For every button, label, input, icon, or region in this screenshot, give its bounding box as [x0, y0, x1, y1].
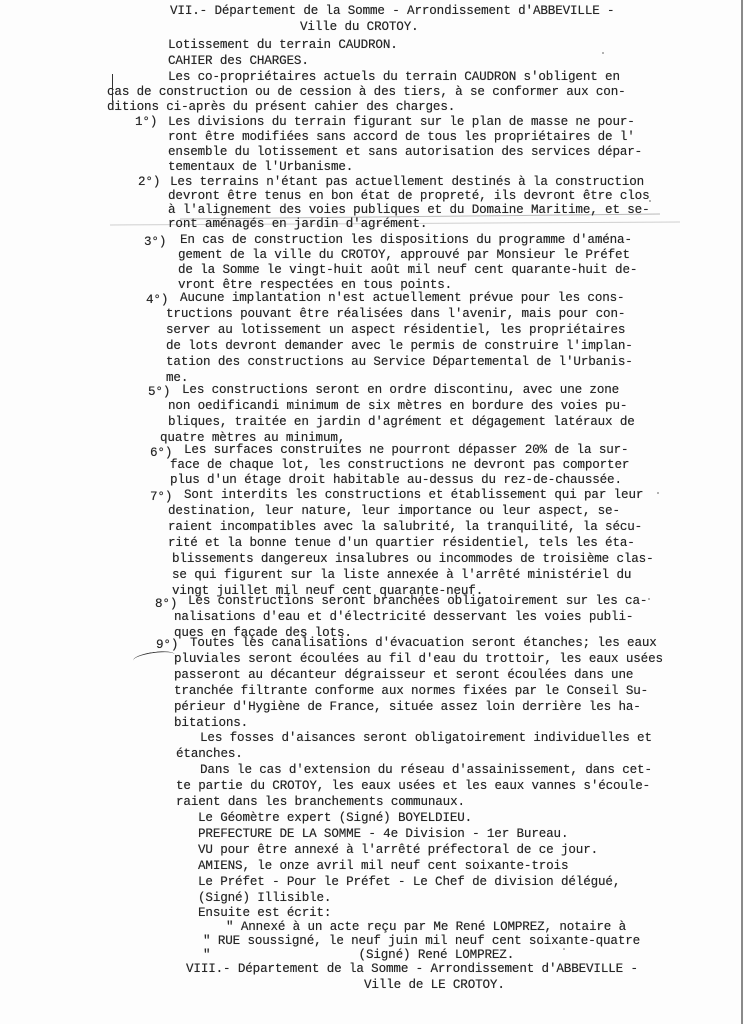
article-line: Les constructions seront en ordre discon… — [182, 383, 619, 397]
article-line: gement de la ville du CROTOY, approuvé p… — [178, 248, 630, 262]
signature-line: PREFECTURE DE LA SOMME - 4e Division - 1… — [198, 827, 568, 841]
article-line: ront aménagés en jardin d'agrément. — [168, 217, 427, 231]
signature-line: AMIENS, le onze avril mil neuf cent soix… — [198, 859, 568, 873]
article-line: de la Somme le vingt-huit août mil neuf … — [178, 263, 637, 277]
article-line: à l'alignement des voies publiques et du… — [168, 203, 650, 217]
article-line: bitations. — [174, 716, 248, 730]
annex-line: " (Signé) René LOMPREZ. — [203, 948, 514, 962]
article-line: plus d'un étage droit habitable au-dessu… — [170, 473, 622, 487]
article-line: ront être modifiées sans accord de tous … — [168, 130, 635, 144]
article-line: périeur d'Hygiène de France, située asse… — [174, 700, 641, 714]
signature-line: (Signé) Illisible. — [198, 891, 331, 905]
article-line: se qui figurent sur la liste annexée à l… — [172, 568, 631, 582]
article-number: 9°) — [156, 638, 178, 652]
intro-line: ditions ci-après du présent cahier des c… — [107, 100, 455, 114]
intro-line: cas de construction ou de cession à des … — [107, 85, 626, 99]
article-line: rité et la bonne tenue d'un quartier rés… — [168, 536, 635, 550]
document-title: CAHIER des CHARGES. — [168, 54, 309, 68]
article-line: En cas de construction les dispositions … — [180, 233, 632, 247]
section-heading: VII.- Département de la Somme - Arrondis… — [170, 4, 614, 18]
article-number: 2°) — [138, 175, 160, 189]
article-line: server au lotissement un aspect résident… — [166, 323, 625, 337]
signature-line: VU pour être annexé à l'arrêté préfector… — [198, 843, 598, 857]
signature-line: Le Préfet - Pour le Préfet - Le Chef de … — [198, 875, 620, 889]
article-number: 7°) — [150, 490, 172, 504]
article-line: tructions pouvant être réalisées dans l'… — [166, 307, 625, 321]
article-line: destination, leur nature, leur importanc… — [168, 504, 620, 518]
article-line: ensemble du lotissement et sans autorisa… — [168, 145, 642, 159]
article-number: 6°) — [150, 446, 172, 460]
scanned-page: VII.- Département de la Somme - Arrondis… — [0, 0, 744, 1024]
article-number: 3°) — [144, 235, 166, 249]
speck — [657, 492, 659, 494]
article-line: Les constructions seront branchées oblig… — [188, 594, 647, 608]
paragraph-line: raient dans les branchements communaux. — [176, 795, 465, 809]
signature-line: Ensuite est écrit: — [198, 906, 331, 920]
page-edge — [741, 0, 743, 1024]
speck — [563, 948, 565, 950]
article-line: tranchée filtrante conforme aux normes f… — [174, 684, 648, 698]
paragraph-line: étanches. — [176, 747, 243, 761]
article-line: Toutes les canalisations d'évacuation se… — [190, 636, 657, 650]
article-line: Les surfaces construites ne pourront dép… — [184, 443, 628, 457]
paragraph-line: Dans le cas d'extension du réseau d'assa… — [200, 763, 652, 777]
signature-line: Le Géomètre expert (Signé) BOYELDIEU. — [198, 811, 472, 825]
section-heading: VIII.- Département de la Somme - Arrondi… — [186, 962, 638, 976]
paragraph-line: Les fosses d'aisances seront obligatoire… — [200, 731, 652, 745]
section-city: Ville de LE CROTOY. — [364, 978, 505, 992]
article-line: Sont interdits les constructions et étab… — [184, 488, 643, 502]
article-line: tementaux de l'Urbanisme. — [168, 160, 353, 174]
article-line: Les terrains n'étant pas actuellement de… — [170, 175, 644, 189]
speck — [648, 598, 650, 600]
article-line: de lots devront demander avec le permis … — [166, 339, 633, 353]
article-line: tation des constructions au Service Dépa… — [166, 355, 633, 369]
article-number: 8°) — [155, 597, 177, 611]
article-line: face de chaque lot, les constructions ne… — [170, 458, 629, 472]
article-line: Aucune implantation n'est actuellement p… — [180, 291, 624, 305]
annex-line: " RUE soussigné, le neuf juin mil neuf c… — [203, 934, 640, 948]
article-line: bliques, traitée en jardin d'agrément et… — [168, 415, 635, 429]
article-line: devront être tenus en bon état de propre… — [168, 189, 650, 203]
paragraph-line: te partie du CROTOY, les eaux usées et l… — [176, 779, 650, 793]
article-number: 5°) — [148, 385, 170, 399]
speck — [602, 52, 604, 54]
article-line: passeront au décanteur dégraisseur et se… — [174, 668, 633, 682]
section-city: Ville du CROTOY. — [300, 20, 419, 34]
article-line: raient incompatibles avec la salubrité, … — [168, 520, 642, 534]
article-number: 1°) — [135, 115, 157, 129]
article-line: Les divisions du terrain figurant sur le… — [168, 115, 635, 129]
subdivision-title: Lotissement du terrain CAUDRON. — [168, 38, 398, 52]
article-line: vront être respectées en tous points. — [178, 278, 452, 292]
article-line: non oedificandi minimum de six mètres en… — [168, 399, 627, 413]
article-line: nalisations d'eau et d'électricité desse… — [174, 610, 633, 624]
article-number: 4°) — [146, 293, 168, 307]
intro-line: Les co-propriétaires actuels du terrain … — [168, 70, 620, 84]
article-line: blissements dangereux insalubres ou inco… — [172, 552, 654, 566]
annex-line: " Annexé à un acte reçu par Me René LOMP… — [226, 920, 626, 934]
article-line: pluviales seront écoulées au fil d'eau d… — [174, 652, 663, 666]
